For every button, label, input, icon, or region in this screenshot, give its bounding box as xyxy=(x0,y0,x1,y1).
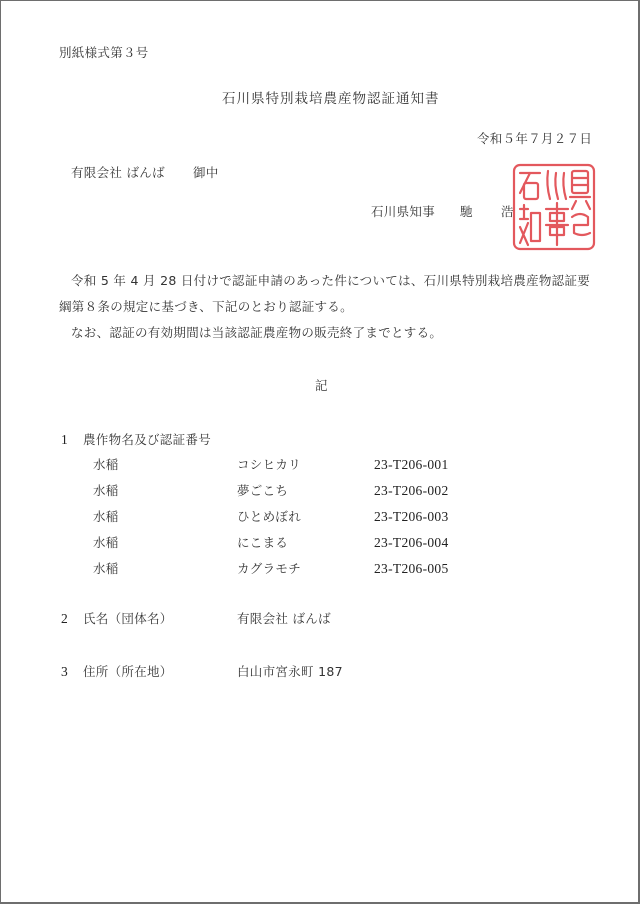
section-1-label: 農作物名及び認証番号 xyxy=(83,432,211,448)
document-page: 別紙様式第３号 石川県特別栽培農産物認証通知書 令和５年７月２７日 有限会社 ば… xyxy=(0,0,640,904)
cert-number: 23-T206-004 xyxy=(374,535,449,551)
variety-name: にこまる xyxy=(237,535,288,551)
organization-name: 有限会社 ばんば xyxy=(237,611,331,627)
section-3-label: 住所（所在地） xyxy=(83,664,173,680)
document-title: 石川県特別栽培農産物認証通知書 xyxy=(222,91,440,107)
cert-number: 23-T206-003 xyxy=(374,509,449,525)
section-2-label: 氏名（団体名） xyxy=(83,611,173,627)
crop-name: 水稲 xyxy=(93,457,119,473)
recipient-name: 有限会社 ばんば xyxy=(71,165,165,181)
issuer-title: 石川県知事 xyxy=(371,204,435,220)
variety-name: ひとめぼれ xyxy=(237,509,301,525)
ki-heading: 記 xyxy=(315,378,328,394)
section-2-number: 2 xyxy=(61,611,68,627)
crop-name: 水稲 xyxy=(93,509,119,525)
issuer-family-name: 馳 xyxy=(460,204,473,220)
cert-number: 23-T206-001 xyxy=(374,457,449,473)
crop-name: 水稲 xyxy=(93,561,119,577)
address: 白山市宮永町 187 xyxy=(237,664,343,680)
cert-number: 23-T206-005 xyxy=(374,561,449,577)
variety-name: カグラモチ xyxy=(237,561,301,577)
issue-date: 令和５年７月２７日 xyxy=(477,131,592,147)
variety-name: 夢ごこち xyxy=(237,483,288,499)
body-line-2: 綱第８条の規定に基づき、下記のとおり認証する。 xyxy=(59,299,353,315)
body-line-3: なお、認証の有効期間は当該認証農産物の販売終了までとする。 xyxy=(71,325,442,341)
variety-name: コシヒカリ xyxy=(237,457,301,473)
cert-number: 23-T206-002 xyxy=(374,483,449,499)
recipient-honorific: 御中 xyxy=(193,165,219,181)
form-number: 別紙様式第３号 xyxy=(59,45,149,61)
section-3-number: 3 xyxy=(61,664,68,680)
section-1-number: 1 xyxy=(61,432,68,448)
crop-name: 水稲 xyxy=(93,483,119,499)
body-line-1: 令和 5 年 4 月 28 日付けで認証申請のあった件については、石川県特別栽培… xyxy=(71,273,590,289)
official-seal-icon xyxy=(512,163,596,251)
crop-name: 水稲 xyxy=(93,535,119,551)
